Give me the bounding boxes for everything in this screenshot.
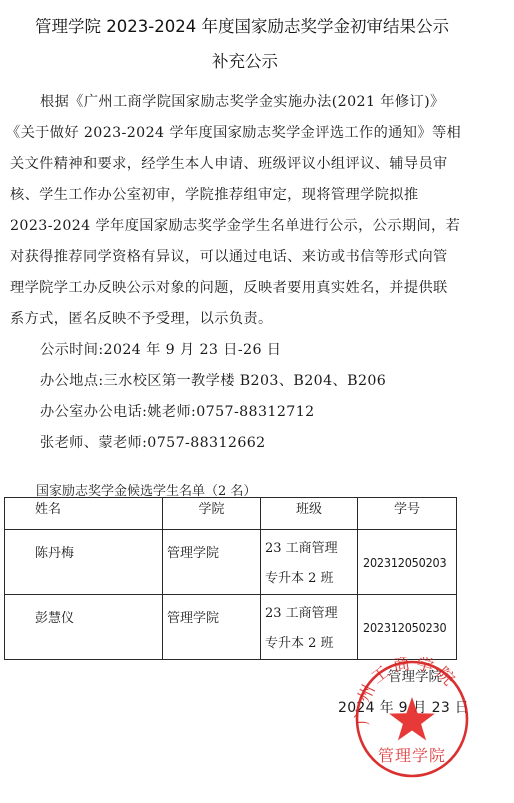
office-location: 办公地点:三水校区第一教学楼 B203、B204、B206	[40, 370, 386, 390]
cell-student-id: 202312050203	[358, 530, 457, 595]
header-name: 姓名	[5, 498, 163, 530]
notice-period: 公示时间:2024 年 9 月 23 日-26 日	[40, 339, 281, 359]
cell-name: 彭慧仪	[5, 595, 163, 660]
cell-name: 陈丹梅	[5, 530, 163, 595]
body-line: 核、学生工作办公室初审，学院推荐组审定，现将管理学院拟推	[10, 184, 418, 204]
body-line: 关文件精神和要求，经学生本人申请、班级评议小组评议、辅导员审	[10, 153, 448, 173]
table-row: 彭慧仪 管理学院 23 工商管理 专升本 2 班 202312050230	[5, 595, 457, 660]
svg-text:管理学院: 管理学院	[378, 746, 446, 765]
cell-class-line1: 23 工商管理	[265, 534, 357, 564]
document-subtitle: 补充公示	[0, 48, 502, 72]
cell-college: 管理学院	[163, 595, 261, 660]
body-line: 理学院学工办反映公示对象的问题，反映者要用真实姓名，并提供联	[10, 277, 448, 297]
cell-class-line1: 23 工商管理	[265, 599, 357, 629]
body-line: 2023-2024 学年度国家励志奖学金学生名单进行公示，公示期间，若	[10, 215, 460, 235]
document-title: 管理学院 2023-2024 年度国家励志奖学金初审结果公示	[0, 13, 499, 37]
office-phone-2: 张老师、蒙老师:0757-88312662	[40, 432, 266, 452]
header-student-id: 学号	[358, 498, 457, 530]
office-phone: 办公室办公电话:姚老师:0757-88312712	[40, 401, 315, 421]
body-line: 根据《广州工商学院国家励志奖学金实施办法(2021 年修订)》	[40, 91, 445, 111]
header-college: 学院	[163, 498, 261, 530]
table-row: 陈丹梅 管理学院 23 工商管理 专升本 2 班 202312050203	[5, 530, 457, 595]
body-line: 对获得推荐同学资格有异议，可以通过电话、来访或书信等形式向管	[10, 246, 448, 266]
cell-class-line2: 专升本 2 班	[265, 571, 334, 586]
header-class: 班级	[261, 498, 358, 530]
cell-college: 管理学院	[163, 530, 261, 595]
cell-class: 23 工商管理 专升本 2 班	[261, 595, 358, 660]
cell-class: 23 工商管理 专升本 2 班	[261, 530, 358, 595]
candidate-table: 姓名 学院 班级 学号 陈丹梅 管理学院 23 工商管理 专升本 2 班 202…	[4, 497, 457, 660]
body-line: 《关于做好 2023-2024 学年度国家励志奖学金评选工作的通知》等相	[6, 122, 461, 142]
cell-class-line2: 专升本 2 班	[265, 636, 334, 651]
cell-student-id: 202312050230	[358, 595, 457, 660]
body-line: 系方式，匿名反映不予受理，以示负责。	[10, 308, 273, 328]
official-seal-icon: 广州工商学院 管理学院	[352, 657, 472, 781]
table-header-row: 姓名 学院 班级 学号	[5, 498, 457, 530]
